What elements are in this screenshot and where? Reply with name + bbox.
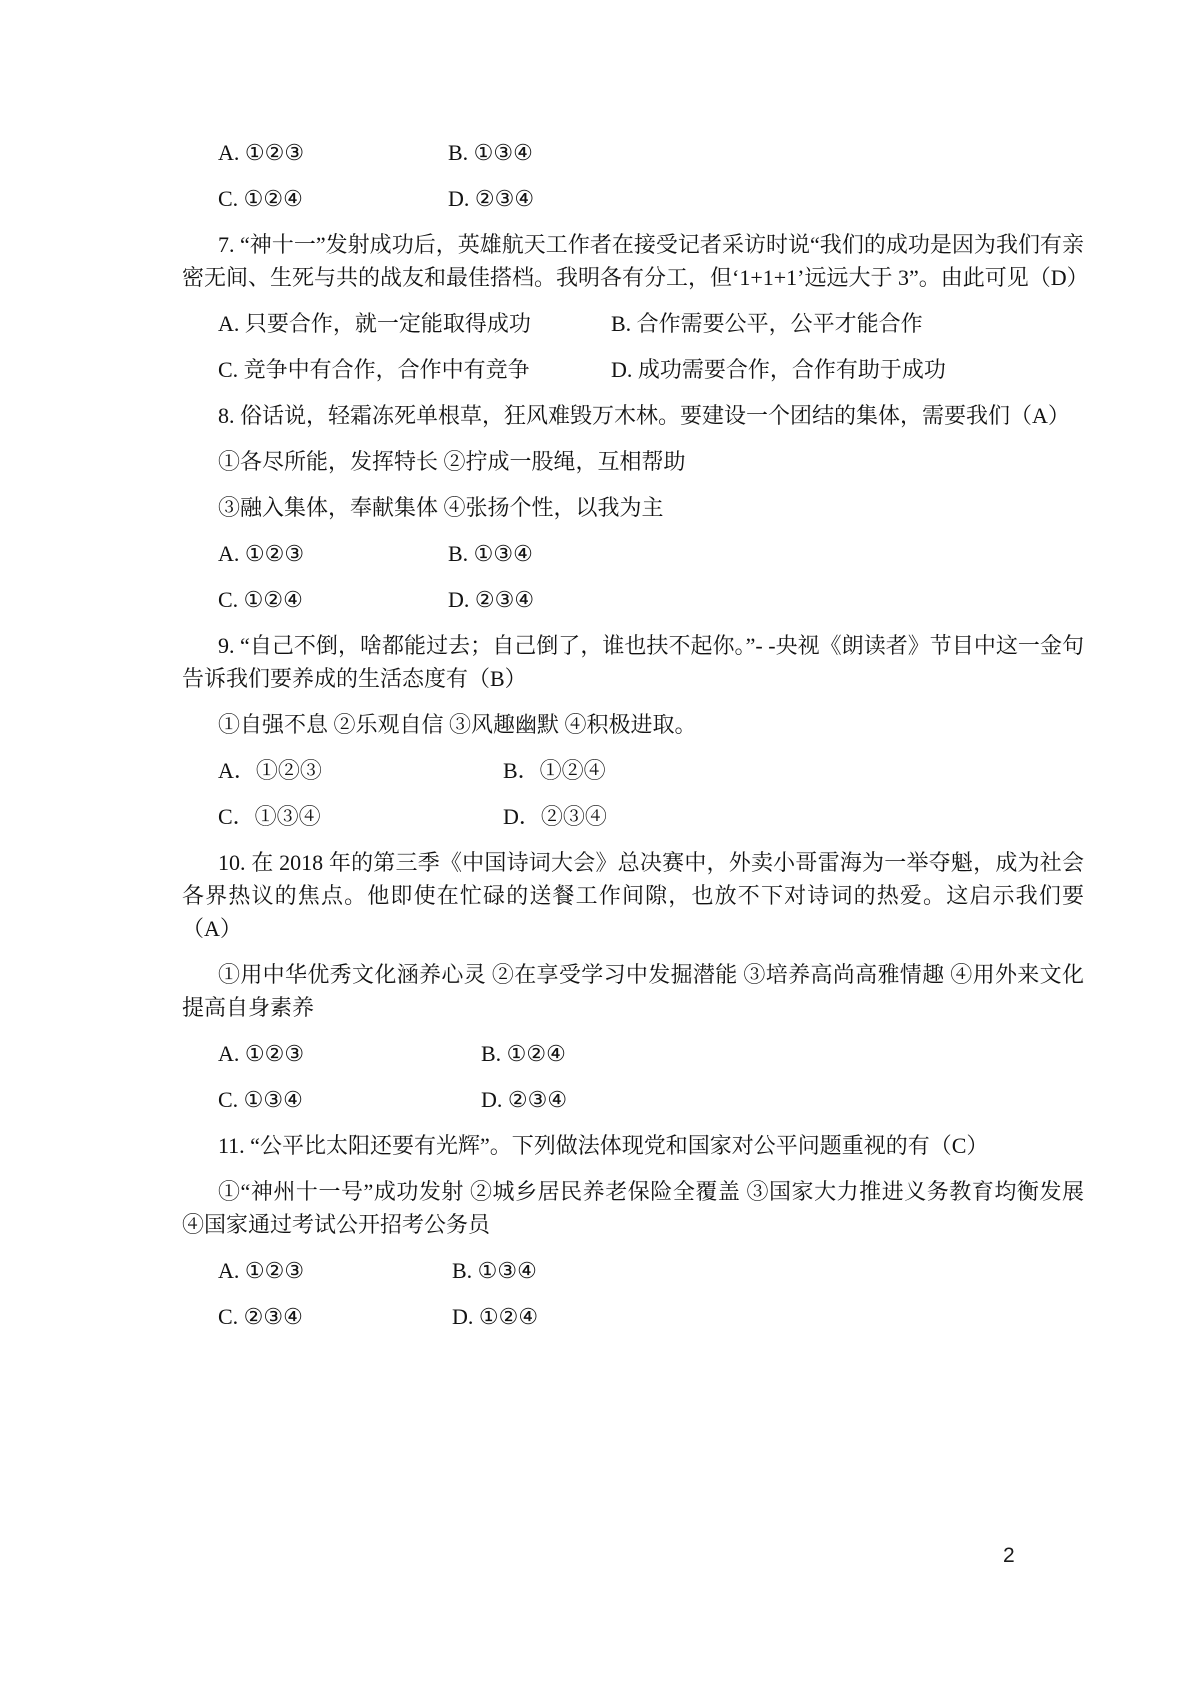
question-8-items-row-1: ①各尽所能，发挥特长 ②拧成一股绳，互相帮助 — [182, 445, 1084, 478]
question-11-text: 11. “公平比太阳还要有光辉”。下列做法体现党和国家对公平问题重视的有（C） — [182, 1129, 1084, 1162]
option-b: B. ①③④ — [448, 136, 533, 169]
question-7-text: 7. “神十一”发射成功后，英雄航天工作者在接受记者采访时说“我们的成功是因为我… — [182, 228, 1084, 294]
option-d: D. 成功需要合作，合作有助于成功 — [611, 353, 946, 386]
option-a: A. 只要合作，就一定能取得成功 — [218, 307, 611, 340]
option-c: C. ①②④ — [218, 182, 448, 215]
option-c: C. 竞争中有合作，合作中有竞争 — [218, 353, 611, 386]
question-11-options-row-1: A. ①②③ B. ①③④ — [182, 1254, 1084, 1287]
question-7-options-row-1: A. 只要合作，就一定能取得成功 B. 合作需要公平，公平才能合作 — [182, 307, 1084, 340]
question-6-options-row-2: C. ①②④ D. ②③④ — [182, 182, 1084, 215]
option-d: D. ①②④ — [452, 1300, 538, 1333]
option-b: B. ①③④ — [452, 1254, 537, 1287]
question-10-items-row-1: ①用中华优秀文化涵养心灵 ②在享受学习中发掘潜能 ③培养高尚高雅情趣 ④用外来文… — [182, 958, 1084, 1024]
option-b: B. ①③④ — [448, 537, 533, 570]
option-b: B. 合作需要公平，公平才能合作 — [611, 307, 923, 340]
question-11-items-row-1: ①“神州十一号”成功发射 ②城乡居民养老保险全覆盖 ③国家大力推进义务教育均衡发… — [182, 1175, 1084, 1241]
option-c: C．①③④ — [218, 800, 503, 833]
option-d: D. ②③④ — [481, 1083, 567, 1116]
option-d: D．②③④ — [503, 800, 607, 833]
option-c: C. ①②④ — [218, 583, 448, 616]
question-7-options-row-2: C. 竞争中有合作，合作中有竞争 D. 成功需要合作，合作有助于成功 — [182, 353, 1084, 386]
option-b: B. ①②④ — [481, 1037, 566, 1070]
question-10-text: 10. 在 2018 年的第三季《中国诗词大会》总决赛中，外卖小哥雷海为一举夺魁… — [182, 846, 1084, 945]
question-9-options-row-1: A．①②③ B．①②④ — [182, 754, 1084, 787]
question-10-options-row-1: A. ①②③ B. ①②④ — [182, 1037, 1084, 1070]
option-d: D. ②③④ — [448, 583, 534, 616]
exam-body: A. ①②③ B. ①③④ C. ①②④ D. ②③④ 7. “神十一”发射成功… — [182, 136, 1084, 1346]
option-a: A．①②③ — [218, 754, 503, 787]
option-a: A. ①②③ — [218, 136, 448, 169]
option-b: B．①②④ — [503, 754, 606, 787]
question-6-options-row-1: A. ①②③ B. ①③④ — [182, 136, 1084, 169]
question-8-items-row-2: ③融入集体，奉献集体 ④张扬个性，以我为主 — [182, 491, 1084, 524]
question-9-items-row-1: ①自强不息 ②乐观自信 ③风趣幽默 ④积极进取。 — [182, 708, 1084, 741]
option-c: C. ②③④ — [218, 1300, 452, 1333]
question-9-options-row-2: C．①③④ D．②③④ — [182, 800, 1084, 833]
page-number: 2 — [1003, 1544, 1015, 1568]
option-a: A. ①②③ — [218, 1037, 481, 1070]
question-9-text: 9. “自己不倒，啥都能过去；自己倒了，谁也扶不起你。”- -央视《朗读者》节目… — [182, 629, 1084, 695]
question-11-options-row-2: C. ②③④ D. ①②④ — [182, 1300, 1084, 1333]
option-a: A. ①②③ — [218, 1254, 452, 1287]
question-10-options-row-2: C. ①③④ D. ②③④ — [182, 1083, 1084, 1116]
option-a: A. ①②③ — [218, 537, 448, 570]
question-8-text: 8. 俗话说，轻霜冻死单根草，狂风难毁万木林。要建设一个团结的集体，需要我们（A… — [182, 399, 1084, 432]
question-8-options-row-2: C. ①②④ D. ②③④ — [182, 583, 1084, 616]
option-c: C. ①③④ — [218, 1083, 481, 1116]
option-d: D. ②③④ — [448, 182, 534, 215]
exam-document-page: A. ①②③ B. ①③④ C. ①②④ D. ②③④ 7. “神十一”发射成功… — [0, 0, 1200, 1698]
question-8-options-row-1: A. ①②③ B. ①③④ — [182, 537, 1084, 570]
